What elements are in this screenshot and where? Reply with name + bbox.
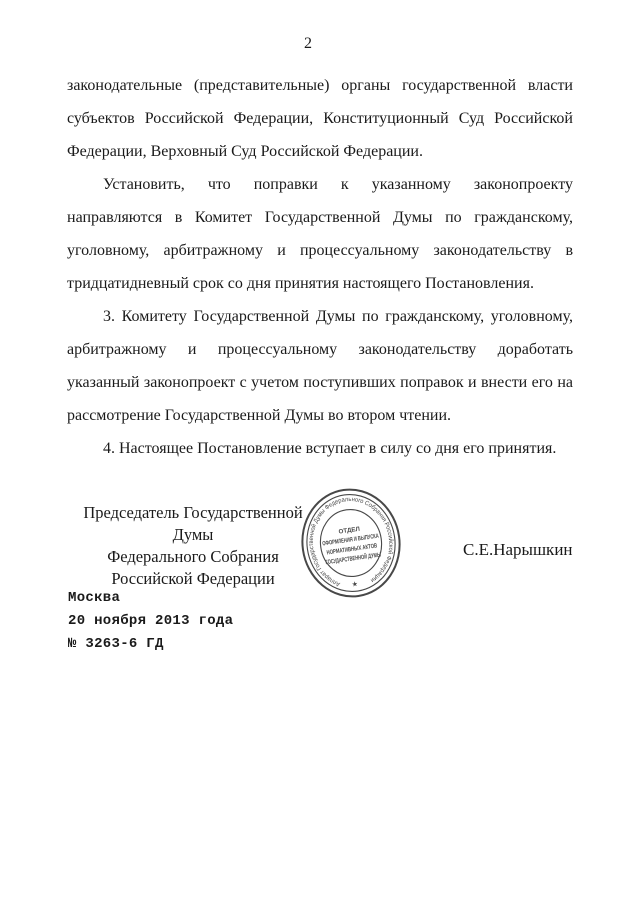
document-line: Федерации, Верховный Суд Российской Феде… xyxy=(67,135,573,168)
document-line: рассмотрение Государственной Думы во вто… xyxy=(67,399,573,432)
official-stamp: Аппарат Государственной Думы Федеральног… xyxy=(276,468,426,618)
document-body: законодательные (представительные) орган… xyxy=(67,69,573,465)
stamp-star-icon: ★ xyxy=(351,580,358,589)
issue-city: Москва xyxy=(68,587,233,610)
document-line: законодательные (представительные) орган… xyxy=(67,69,573,102)
document-line: 3. Комитету Государственной Думы по граж… xyxy=(67,300,573,333)
document-line: субъектов Российской Федерации, Конститу… xyxy=(67,102,573,135)
document-line: Установить, что поправки к указанному за… xyxy=(67,168,573,201)
document-page: 2 законодательные (представительные) орг… xyxy=(0,0,640,905)
document-line: указанный законопроект с учетом поступив… xyxy=(67,366,573,399)
document-line: тридцатидневный срок со дня принятия нас… xyxy=(67,267,573,300)
issue-date: 20 ноября 2013 года xyxy=(68,610,233,633)
issue-block: Москва 20 ноября 2013 года № 3263-6 ГД xyxy=(68,587,233,656)
signatory-name: С.Е.Нарышкин xyxy=(463,540,573,560)
page-number: 2 xyxy=(0,35,616,53)
stamp-center-line-1: ОТДЕЛ xyxy=(338,526,360,536)
issue-number: № 3263-6 ГД xyxy=(68,633,233,656)
document-line: арбитражному и процессуальному законодат… xyxy=(67,333,573,366)
document-line: направляются в Комитет Государственной Д… xyxy=(67,201,573,234)
document-line: 4. Настоящее Постановление вступает в си… xyxy=(67,432,573,465)
document-line: уголовному, арбитражному и процессуально… xyxy=(67,234,573,267)
